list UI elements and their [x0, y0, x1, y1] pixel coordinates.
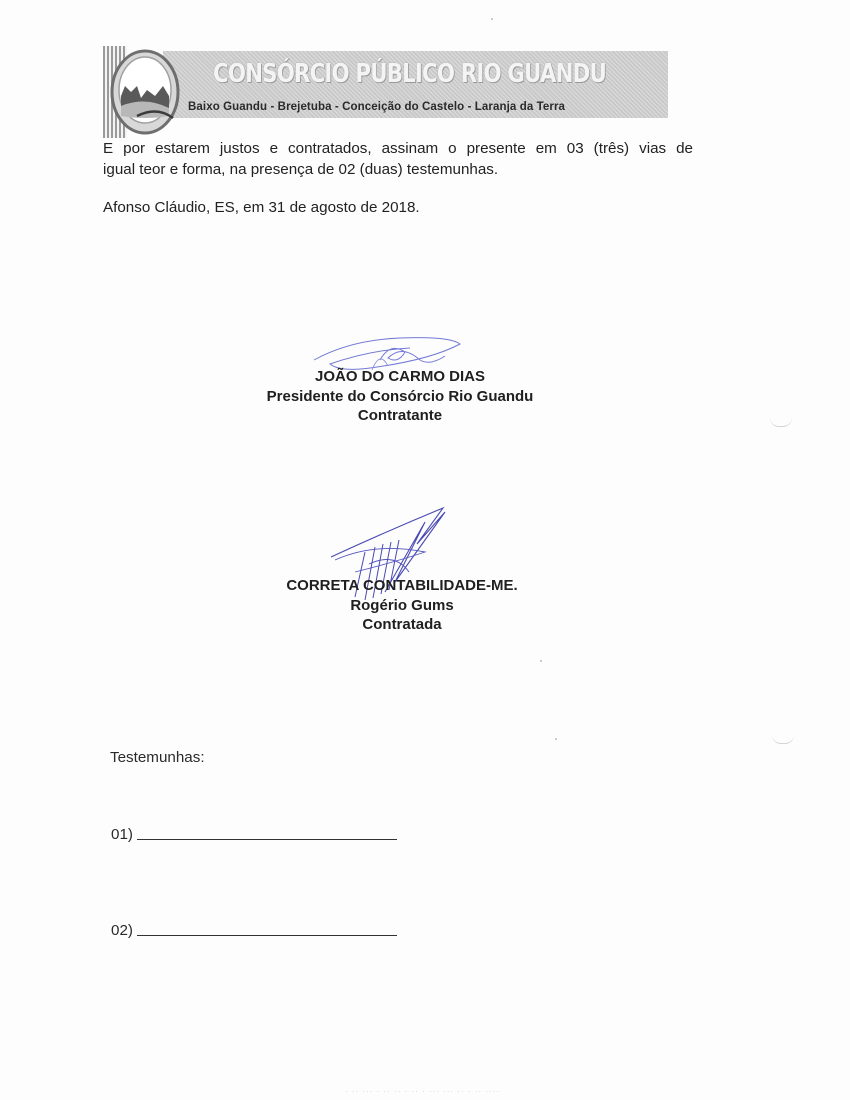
witness-number: 02): [111, 922, 133, 939]
witness-number: 01): [111, 826, 133, 843]
scan-speck: [540, 660, 542, 662]
faint-footer-artifact: · ·· ··· · ·· ·· · ·· · ··· ··· ·· · ·· …: [345, 1087, 500, 1096]
place-date-line: Afonso Cláudio, ES, em 31 de agosto de 2…: [103, 199, 420, 216]
scan-smudge: [770, 418, 792, 427]
signature-block-contratada: CORRETA CONTABILIDADE-ME. Rogério Gums C…: [2, 576, 802, 635]
signatory-role: Contratante: [0, 406, 800, 426]
closing-paragraph: E por estarem justos e contratados, assi…: [103, 138, 693, 180]
consorcio-logo-icon: [107, 46, 187, 138]
scan-smudge: [772, 735, 794, 744]
paragraph-line-1: E por estarem justos e contratados, assi…: [103, 138, 693, 159]
municipalities-subtitle: Baixo Guandu - Brejetuba - Conceição do …: [188, 101, 565, 113]
letterhead-banner: CONSÓRCIO PÚBLICO RIO GUANDU Baixo Guand…: [103, 46, 668, 118]
paragraph-line-2: igual teor e forma, na presença de 02 (d…: [103, 159, 693, 180]
witness-row-1: 01): [111, 826, 397, 843]
signature-block-contratante: JOÃO DO CARMO DIAS Presidente do Consórc…: [0, 367, 800, 426]
signatory-name: JOÃO DO CARMO DIAS: [0, 367, 800, 387]
signatory-role: Contratada: [2, 615, 802, 635]
signatory-title: Rogério Gums: [2, 596, 802, 616]
scan-speck: [555, 738, 557, 740]
signatory-title: Presidente do Consórcio Rio Guandu: [0, 387, 800, 407]
document-page: CONSÓRCIO PÚBLICO RIO GUANDU Baixo Guand…: [0, 0, 850, 1100]
organization-title: CONSÓRCIO PÚBLICO RIO GUANDU: [213, 59, 541, 89]
witnesses-label: Testemunhas:: [110, 749, 205, 766]
witness-signature-line: [137, 838, 397, 840]
witness-signature-line: [137, 934, 397, 936]
witness-row-2: 02): [111, 922, 397, 939]
scan-speck: [491, 18, 493, 20]
signatory-name: CORRETA CONTABILIDADE-ME.: [2, 576, 802, 596]
